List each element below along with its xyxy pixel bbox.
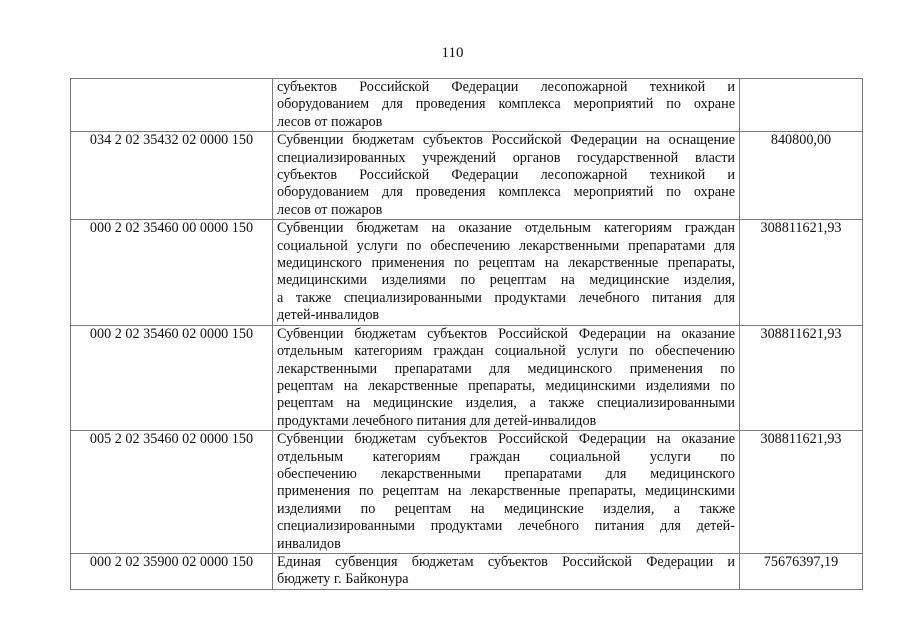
revenue-description: Субвенции бюджетам субъектов Российской … bbox=[273, 431, 740, 554]
amount-value: 75676397,19 bbox=[740, 553, 863, 589]
description-line: социальной услуги по обеспечению лекарст… bbox=[277, 238, 735, 255]
description-line: Субвенции бюджетам субъектов Российской … bbox=[277, 431, 735, 448]
description-line: лесов от пожаров bbox=[277, 202, 735, 219]
description-line: бюджету г. Байконура bbox=[277, 571, 735, 588]
description-line: медицинского применения по рецептам на л… bbox=[277, 255, 735, 272]
description-line: рецептам на медицинские изделия, а также… bbox=[277, 395, 735, 412]
page-number: 110 bbox=[0, 44, 905, 62]
description-line: рецептам на лекарственные препараты, мед… bbox=[277, 378, 735, 395]
description-line: изделиями по рецептам на медицинские изд… bbox=[277, 501, 735, 518]
description-line: Субвенции бюджетам на оказание отдельным… bbox=[277, 220, 735, 237]
amount-value: 308811621,93 bbox=[740, 325, 863, 430]
budget-revenue-table: субъектов Российской Федерации лесопожар… bbox=[70, 78, 863, 590]
budget-classification-code bbox=[71, 79, 273, 132]
revenue-description: субъектов Российской Федерации лесопожар… bbox=[273, 79, 740, 132]
description-line: лекарственными препаратами для медицинск… bbox=[277, 361, 735, 378]
description-line: медицинскими изделиями по рецептам на ме… bbox=[277, 272, 735, 289]
table-row: 005 2 02 35460 02 0000 150Субвенции бюдж… bbox=[71, 431, 863, 554]
description-line: специализированными продуктами лечебного… bbox=[277, 518, 735, 535]
description-line: оборудованием для проведения комплекса м… bbox=[277, 96, 735, 113]
table-row: субъектов Российской Федерации лесопожар… bbox=[71, 79, 863, 132]
amount-value bbox=[740, 79, 863, 132]
description-line: субъектов Российской Федерации лесопожар… bbox=[277, 79, 735, 96]
table-row: 000 2 02 35460 00 0000 150Субвенции бюдж… bbox=[71, 220, 863, 325]
description-line: обеспечению лекарственными препаратами д… bbox=[277, 466, 735, 483]
table-body: субъектов Российской Федерации лесопожар… bbox=[71, 79, 863, 590]
description-line: детей-инвалидов bbox=[277, 307, 735, 324]
budget-classification-code: 005 2 02 35460 02 0000 150 bbox=[71, 431, 273, 554]
description-line: а также специализированными продуктами л… bbox=[277, 290, 735, 307]
description-line: специализированных учреждений органов го… bbox=[277, 150, 735, 167]
description-line: отдельным категориям граждан социальной … bbox=[277, 343, 735, 360]
amount-value: 840800,00 bbox=[740, 132, 863, 220]
description-line: продуктами лечебного питания для детей-и… bbox=[277, 413, 735, 430]
budget-classification-code: 000 2 02 35460 02 0000 150 bbox=[71, 325, 273, 430]
revenue-description: Субвенции бюджетам субъектов Российской … bbox=[273, 132, 740, 220]
table-row: 034 2 02 35432 02 0000 150Субвенции бюдж… bbox=[71, 132, 863, 220]
revenue-description: Субвенции бюджетам на оказание отдельным… bbox=[273, 220, 740, 325]
description-line: отдельным категориям граждан социальной … bbox=[277, 449, 735, 466]
amount-value: 308811621,93 bbox=[740, 431, 863, 554]
budget-classification-code: 000 2 02 35900 02 0000 150 bbox=[71, 553, 273, 589]
revenue-description: Субвенции бюджетам субъектов Российской … bbox=[273, 325, 740, 430]
budget-classification-code: 034 2 02 35432 02 0000 150 bbox=[71, 132, 273, 220]
table-row: 000 2 02 35460 02 0000 150Субвенции бюдж… bbox=[71, 325, 863, 430]
table-row: 000 2 02 35900 02 0000 150Единая субвенц… bbox=[71, 553, 863, 589]
budget-classification-code: 000 2 02 35460 00 0000 150 bbox=[71, 220, 273, 325]
revenue-description: Единая субвенция бюджетам субъектов Росс… bbox=[273, 553, 740, 589]
description-line: Субвенции бюджетам субъектов Российской … bbox=[277, 132, 735, 149]
amount-value: 308811621,93 bbox=[740, 220, 863, 325]
description-line: Субвенции бюджетам субъектов Российской … bbox=[277, 326, 735, 343]
description-line: применения по рецептам на лекарственные … bbox=[277, 483, 735, 500]
description-line: оборудованием для проведения комплекса м… bbox=[277, 184, 735, 201]
description-line: инвалидов bbox=[277, 536, 735, 553]
description-line: субъектов Российской Федерации лесопожар… bbox=[277, 167, 735, 184]
description-line: Единая субвенция бюджетам субъектов Росс… bbox=[277, 554, 735, 571]
description-line: лесов от пожаров bbox=[277, 114, 735, 131]
